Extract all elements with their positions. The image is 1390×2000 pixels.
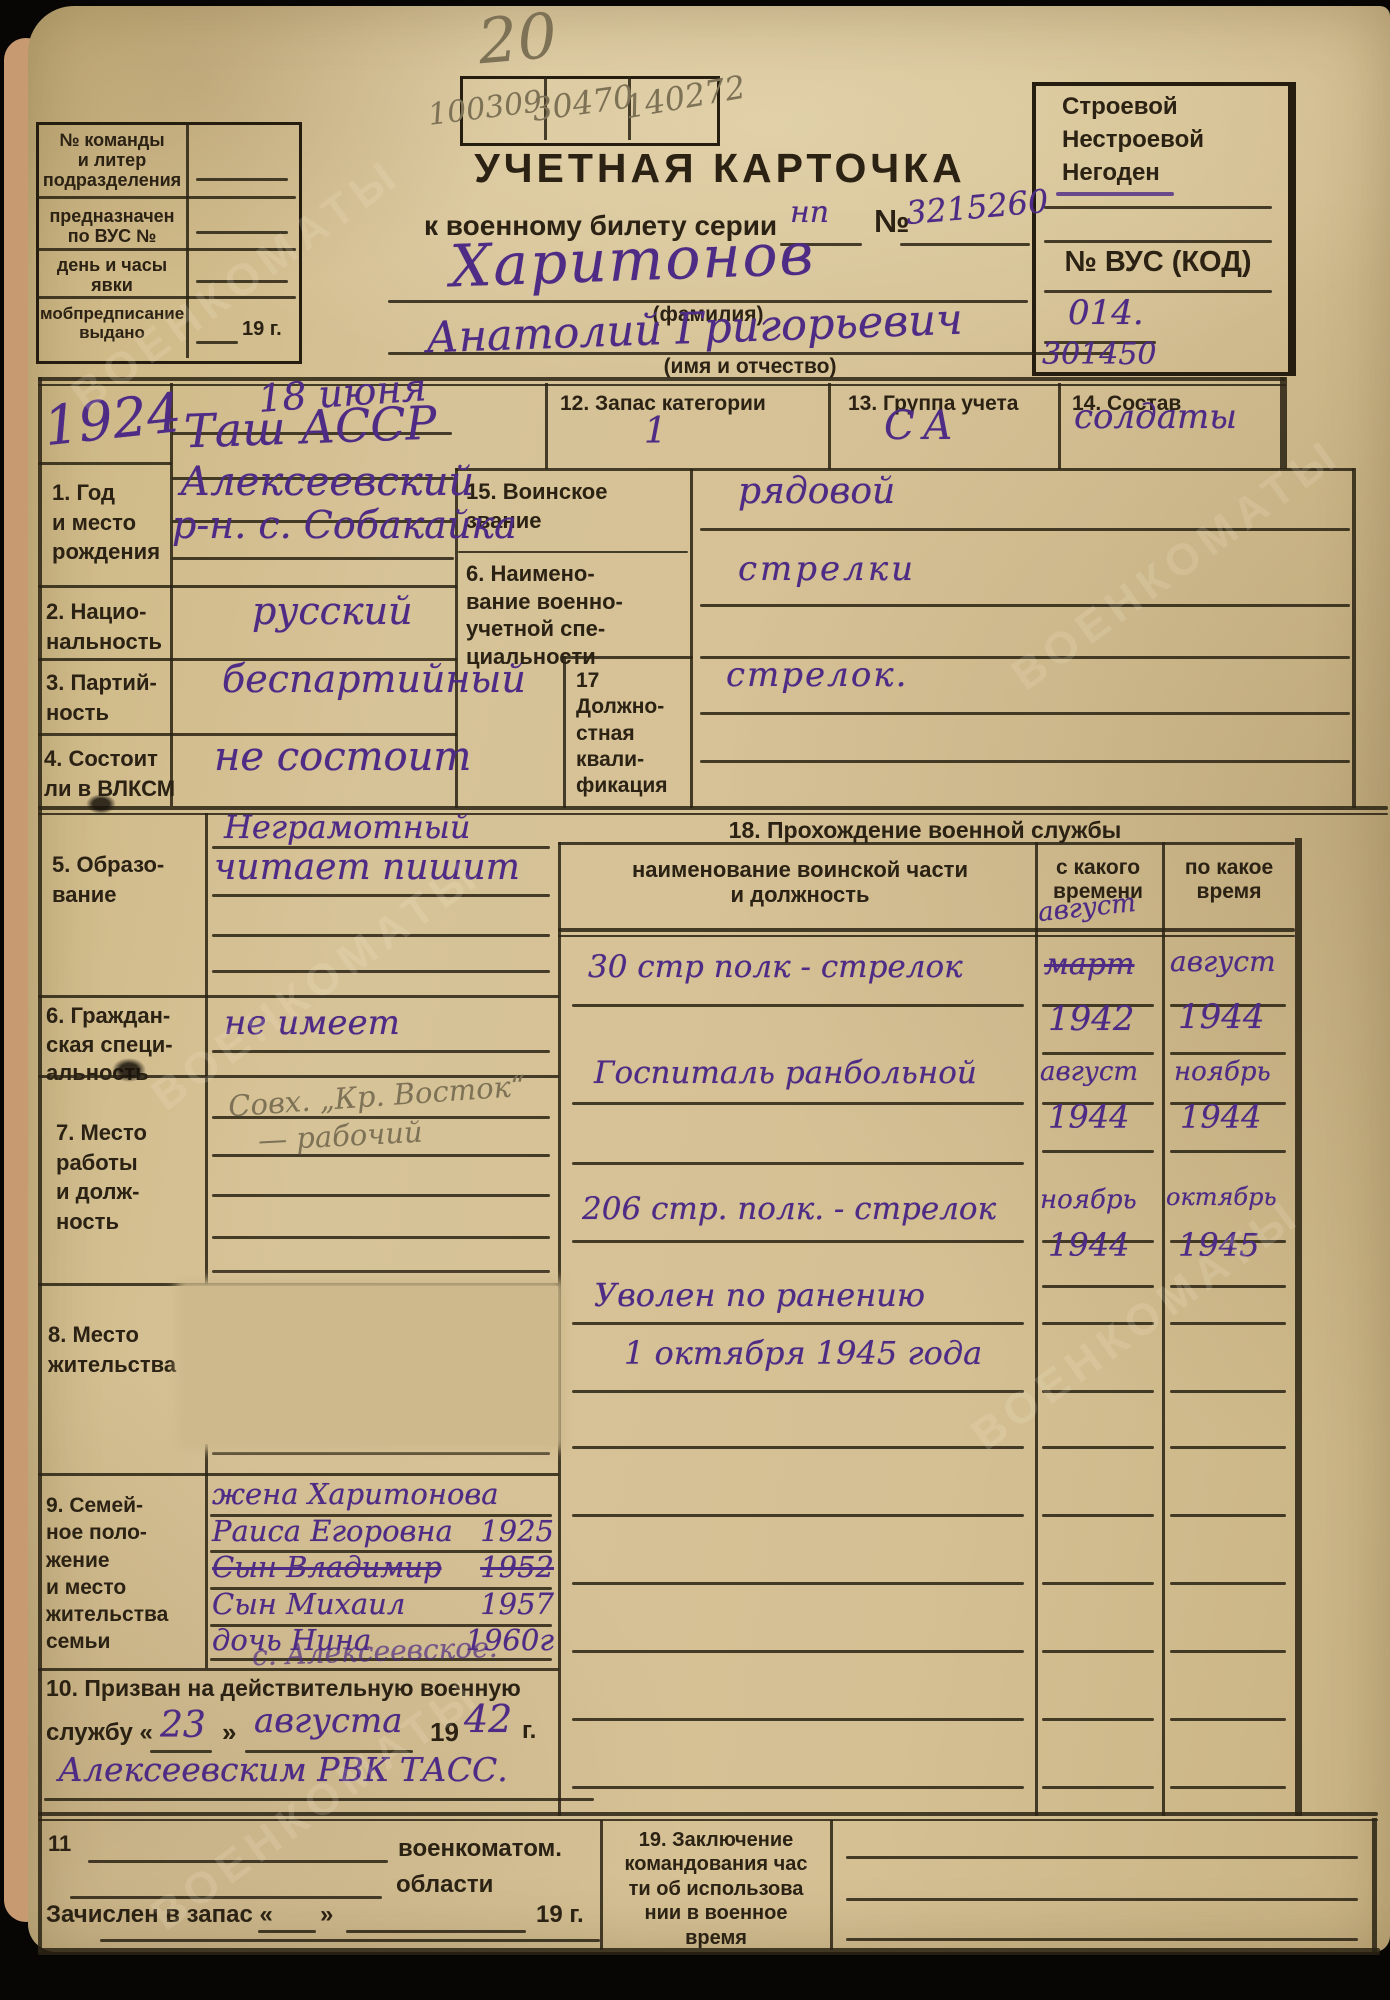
service-col-unit-header: наименование воинской части и должность [575,858,1025,907]
rule-line [558,842,1295,845]
family-member-year: 1925 [480,1515,554,1547]
field-16-label: 6. Наимено- вание военно- учетной спе- ц… [466,560,686,670]
rule-line [38,995,559,998]
rule-line [212,1270,550,1273]
rule-line [196,280,288,283]
rule-line-vertical [558,842,561,1816]
field-19-label: 19. Заключение командования час ти об ис… [606,1828,826,1950]
rule-line [44,1798,594,1801]
rule-line [212,1194,550,1197]
field-1-district-value: Алексеевский [180,460,474,505]
family-member-year: 1952 [480,1551,554,1583]
service-row-1-from-year: 1942 [1048,1000,1135,1038]
rule-line [212,934,550,937]
rule-line [100,1939,600,1942]
field-3-label: 3. Партий- ность [46,668,174,727]
field-10-year-hand: 42 [464,1698,512,1741]
rule-line [572,1514,1024,1517]
field-10-g-label: г. [522,1718,536,1745]
service-row-1-to-month: август [1170,946,1276,977]
rule-line [1042,1446,1154,1449]
admin-year-label: 19 г. [242,318,282,340]
field-10-close-quote: » [222,1718,236,1747]
rule-line [1170,1150,1286,1153]
family-member-name: Сын Михаил [212,1588,405,1620]
family-member-name: Сын Владимир [212,1551,442,1583]
family-row: жена Харитонова [212,1478,554,1510]
rule-line [455,468,1354,471]
rule-line [1044,240,1272,243]
rule-line [458,551,688,553]
rule-line-vertical [828,383,831,469]
field-5-value-1: Неграмотный [224,810,470,846]
service-row-3-to-month: октябрь [1166,1184,1277,1211]
service-table-title: 18. Прохождение военной службы [555,818,1295,844]
rule-line [572,1162,1024,1165]
rule-line [346,1930,526,1933]
rule-line [1042,1150,1154,1153]
rule-line [700,604,1350,607]
rule-line [88,1860,388,1863]
rule-line-vertical [1372,1818,1377,1952]
field-2-value: русский [252,590,413,633]
rule-line [572,1240,1024,1243]
rule-line-vertical [690,658,693,808]
field-11-number: 11 [48,1832,71,1857]
card-title: УЧЕТНАЯ КАРТОЧКА [420,146,1020,192]
field-8-label: 8. Место жительства [48,1320,198,1379]
rule-line [38,1473,559,1476]
field-13-value: СА [884,404,961,449]
rule-line [172,557,454,560]
family-member-year: 1957 [480,1588,554,1620]
field-1-village-value: р-н. с. Собакайка [172,504,517,547]
rule-line-vertical [1352,468,1356,808]
service-row-2-from-year: 1944 [1048,1100,1129,1136]
service-row-3-to-year: 1945 [1178,1228,1259,1264]
rule-line [572,1582,1024,1585]
field-11-year-label: 19 г. [536,1902,584,1929]
rule-line [196,178,288,181]
field-7-label: 7. Место работы и долж- ность [56,1118,186,1237]
rule-line-vertical [1058,383,1061,469]
rule-line [1042,1650,1154,1653]
rule-line [700,760,1350,763]
rule-line [258,1930,316,1933]
field-10-prefix: службу « [46,1720,153,1747]
rule-line [1170,1285,1286,1288]
rule-line [572,1650,1024,1653]
rule-line-vertical [1280,377,1287,469]
rule-line-vertical [1035,842,1038,1816]
rule-line [1042,1322,1154,1325]
rule-line [900,243,1030,246]
rule-line [1170,1786,1286,1789]
rule-line [1042,1718,1154,1721]
rule-line [846,1938,1358,1941]
field-10-year-print: 19 [430,1718,459,1747]
field-11-oblast-label: области [396,1872,493,1899]
rule-line-vertical [830,1820,833,1950]
service-discharge-line1: Уволен по ранению [594,1278,925,1314]
family-row-struck: Сын Владимир1952 [212,1551,554,1583]
family-row: Раиса Егоровна1925 [212,1515,554,1547]
field-9-label: 9. Семей- ное поло- жение и место житель… [46,1492,196,1656]
rule-line [1044,206,1272,209]
field-16-value: стрелки [738,550,916,588]
field-10-line2-value: Алексеевским РВК ТАСС. [58,1752,508,1789]
field-12-value: 1 [644,412,667,452]
rule-line [700,712,1350,715]
field-10-line1: 10. Призван на действительную военную [46,1676,521,1702]
rule-line [36,248,296,251]
rule-line-vertical [1162,842,1165,1816]
negoden-underline-ink [1056,192,1174,196]
field-10-month-value: августа [254,1702,403,1740]
service-row-1-to-year: 1944 [1178,998,1265,1036]
service-row-1-from-month-struck: март [1044,948,1134,982]
rule-line-vertical [38,377,42,1952]
rule-line [1170,1650,1286,1653]
rule-line [558,935,1295,937]
rule-line [846,1898,1358,1901]
admin-row-4-label: мобпредписание выдано [40,304,184,342]
rule-line [1170,1446,1286,1449]
rule-line [1042,1052,1154,1055]
rule-line-vertical [1295,838,1302,1816]
field-5-label: 5. Образо- вание [52,850,192,909]
field-1-label: 1. Год и место рождения [52,478,172,567]
rule-line [36,196,296,199]
paper-hole [86,794,116,814]
field-10-day-value: 23 [160,1706,206,1746]
service-col-to-header: по какое время [1164,856,1294,903]
rule-line [38,462,172,465]
rule-line [212,894,550,897]
fitness-option-nestroevoy: Нестроевой [1062,127,1204,154]
field-4-value: не состоит [214,735,471,780]
rule-line [212,1452,550,1455]
service-row-2-from-month: август [1040,1058,1138,1087]
rule-line [1042,1285,1154,1288]
family-row: Сын Михаил1957 [212,1588,554,1620]
rule-line [38,1948,1380,1955]
rule-line [1170,1514,1286,1517]
rule-line [38,377,1286,381]
admin-row-1-label: № команды и литер подразделения [40,130,184,190]
rule-line [700,528,1350,531]
field-11-enlist-close: » [320,1902,333,1929]
field-2-label: 2. Нацио- нальность [46,597,174,656]
field-5-value-2: читает пишит [214,848,520,888]
rule-line [572,1718,1024,1721]
paper-hole [112,1058,146,1082]
rule-line [572,1004,1024,1007]
rule-line-vertical [186,122,189,358]
rule-line-vertical [205,813,208,1668]
field-11-voenkomat-label: военкоматом. [398,1836,562,1863]
rule-line [212,1236,550,1239]
rule-line [1042,1582,1154,1585]
rule-line [572,1446,1024,1449]
rule-line [563,656,693,659]
rule-line [196,341,238,344]
service-row-3-from-year: 1944 [1048,1228,1129,1264]
field-15-value: рядовой [738,472,895,512]
rule-line [1042,1390,1154,1393]
rule-line [38,1819,1378,1821]
vus-code-value: 014. [1068,294,1144,332]
rule-line [558,928,1295,932]
field-6-value: не имеет [224,1004,400,1042]
rule-line-vertical [600,1820,603,1950]
rule-line [1170,1390,1286,1393]
rule-line [1170,1052,1286,1055]
service-row-2-to-month: ноябрь [1174,1058,1271,1087]
family-member-name: Раиса Егоровна [212,1515,453,1547]
page-number-pencil: 20 [475,1,560,77]
field-1-region-value: Таш АССР [183,398,437,458]
field-4-label: 4. Состоит ли в ВЛКСМ [44,744,176,803]
fitness-option-stroevoy: Строевой [1062,94,1178,121]
service-row-2-unit: Госпиталь ранбольной [594,1056,977,1091]
rule-line [1042,1786,1154,1789]
rule-line [572,1390,1024,1393]
rule-line [572,1102,1024,1105]
family-member-name: жена Харитонова [212,1478,499,1510]
vus-code-value-2: 301450 [1042,338,1157,372]
service-row-1-unit: 30 стр полк - стрелок [588,950,963,985]
rule-line [196,231,288,234]
rule-line [212,970,550,973]
redacted-area [183,1286,557,1444]
admin-row-3-label: день и часы явки [40,255,184,295]
registration-card-scan: 20 100309 30470 140272 № команды и литер… [0,0,1390,2000]
field-11-enlist-label: Зачислен в запас « [46,1902,273,1929]
service-row-2-to-year: 1944 [1180,1100,1261,1136]
rule-line [1170,1718,1286,1721]
service-discharge-line2: 1 октября 1945 года [624,1336,982,1372]
rule-line-vertical [170,383,173,806]
rule-line [572,1786,1024,1789]
rule-line [38,384,1286,386]
rule-line [38,1812,1378,1816]
billet-number-sign: № [874,204,910,240]
rule-line-vertical [690,469,693,658]
rule-line [212,1050,550,1053]
rule-line [846,1856,1358,1859]
field-17-value: стрелок. [726,656,908,694]
rule-line-vertical [563,656,566,808]
field-3-value: беспартийный [222,658,526,701]
rule-line [1170,1322,1286,1325]
fitness-option-negoden: Негоден [1062,160,1160,187]
rule-line [1042,1514,1154,1517]
rule-line [36,296,296,299]
vus-code-label: № ВУС (КОД) [1036,246,1280,278]
admin-row-2-label: предназначен по ВУС № [40,206,184,246]
surname-handwritten: Харитонов [449,222,816,300]
service-row-3-from-month: ноябрь [1040,1186,1137,1215]
rule-line [38,585,457,588]
rule-line [70,1896,382,1899]
rule-line [1170,1582,1286,1585]
rule-line [572,1322,1024,1325]
field-14-value: солдаты [1074,398,1237,436]
field-17-label: 17 Должно- стная квали- фикация [576,668,688,799]
rule-line-vertical [545,383,548,469]
service-row-3-unit: 206 стр. полк. - стрелок [582,1192,996,1227]
